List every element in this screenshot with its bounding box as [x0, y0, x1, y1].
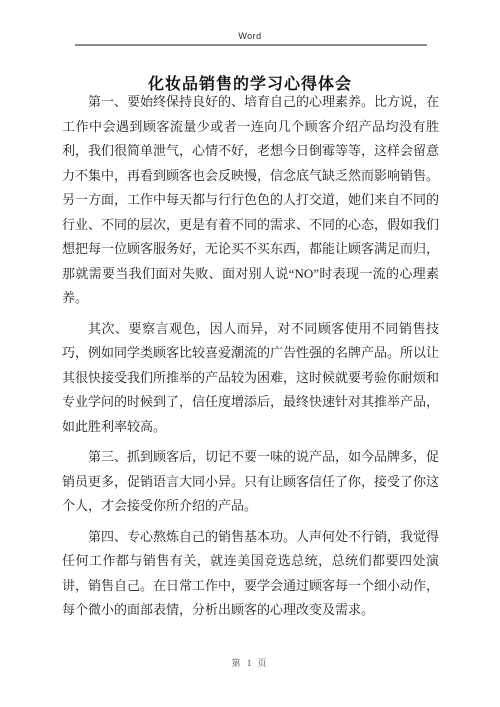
body-paragraph: 第一、要始终保持良好的、培育自己的心理素养。比方说，在工作中会遇到顾客流量少或者… — [62, 90, 439, 311]
document-page: Word 化妆品销售的学习心得体会 第一、要始终保持良好的、培育自己的心理素养。… — [0, 0, 500, 707]
page-number: 第 1 页 — [0, 656, 500, 669]
header-app-label: Word — [0, 31, 500, 41]
body-paragraph: 第三、抓到顾客后，切记不要一味的说产品，如今品牌多，促销员更多，促销语言大同小异… — [62, 445, 439, 519]
document-body: 第一、要始终保持良好的、培育自己的心理素养。比方说，在工作中会遇到顾客流量少或者… — [62, 90, 439, 629]
body-paragraph: 其次、要察言观色，因人而异，对不同顾客使用不同销售技巧，例如同学类顾客比较喜爱潮… — [62, 317, 439, 440]
header-divider — [75, 44, 427, 46]
body-paragraph: 第四、专心熬炼自己的销售基本功。人声何处不行销，我觉得任何工作都与销售有关，就连… — [62, 525, 439, 623]
